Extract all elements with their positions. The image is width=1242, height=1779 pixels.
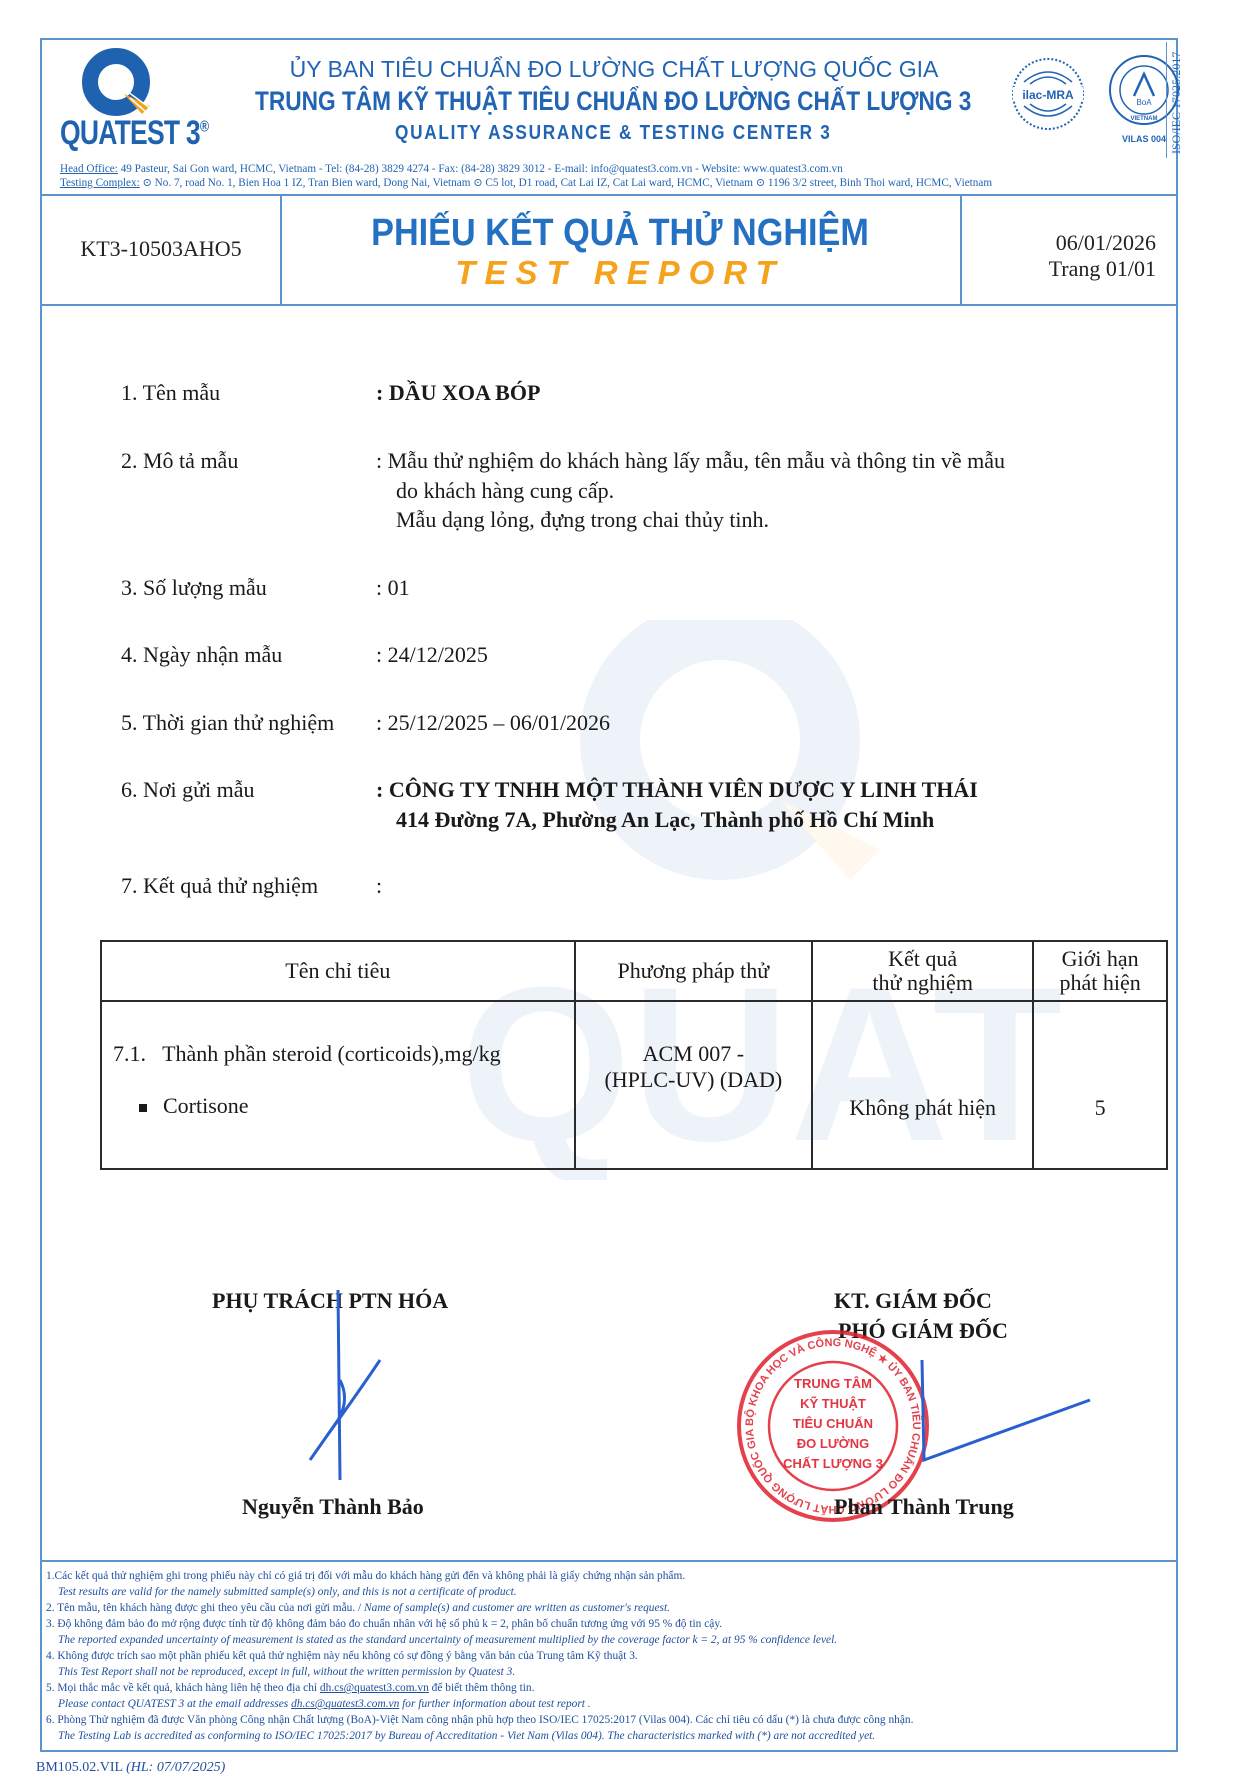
ilac-mra-icon: ilac-MRA bbox=[1010, 56, 1086, 132]
svg-text:BoA: BoA bbox=[1136, 98, 1152, 107]
report-title-en: TEST REPORT bbox=[280, 254, 960, 292]
form-code: BM105.02.VIL (HL: 07/07/2025) bbox=[36, 1760, 225, 1776]
note-1: 1.Các kết quả thử nghiệm ghi trong phiếu… bbox=[46, 1568, 1176, 1600]
footer-notes: 1.Các kết quả thử nghiệm ghi trong phiếu… bbox=[42, 1560, 1176, 1754]
title-block: KT3-10503AHO5 PHIẾU KẾT QUẢ THỬ NGHIỆM T… bbox=[42, 194, 1176, 306]
note-5: 5. Mọi thắc mắc về kết quả, khách hàng l… bbox=[46, 1680, 1176, 1712]
svg-text:VIETNAM: VIETNAM bbox=[1131, 116, 1158, 122]
left-signatory-name: Nguyễn Thành Bảo bbox=[242, 1494, 424, 1520]
note-4: 4. Không được trích sao một phần phiếu k… bbox=[46, 1648, 1176, 1680]
date-page-block: 06/01/2026 Trang 01/01 bbox=[960, 194, 1176, 304]
letterhead: QUATEST 3® ỦY BAN TIÊU CHUẨN ĐO LƯỜNG CH… bbox=[42, 40, 1176, 196]
report-title-vn: PHIẾU KẾT QUẢ THỬ NGHIỆM bbox=[314, 212, 926, 255]
org-line-3: QUALITY ASSURANCE & TESTING CENTER 3 bbox=[121, 122, 1096, 145]
head-office-text: 49 Pasteur, Sai Gon ward, HCMC, Vietnam … bbox=[121, 163, 843, 175]
right-signatory-name: Phan Thành Trung bbox=[834, 1494, 1014, 1520]
table-row: 7.1. Thành phần steroid (corticoids),mg/… bbox=[101, 1001, 1167, 1169]
col-header-lod: Giới hạnphát hiện bbox=[1033, 941, 1167, 1001]
bullet-icon bbox=[139, 1104, 147, 1112]
testing-complex-text: ⊙ No. 7, road No. 1, Bien Hoa 1 IZ, Tran… bbox=[143, 177, 993, 189]
svg-text:CHẤT LƯỢNG 3: CHẤT LƯỢNG 3 bbox=[783, 1456, 883, 1471]
iso-17025-label: ISO/IEC 17025:2017 bbox=[1166, 42, 1193, 158]
note-6: 6. Phòng Thử nghiệm đã được Văn phòng Cô… bbox=[46, 1712, 1176, 1744]
note-2: 2. Tên mẫu, tên khách hàng được ghi theo… bbox=[46, 1600, 1176, 1616]
left-signature-icon bbox=[280, 1290, 420, 1490]
svg-text:TIÊU CHUẨN: TIÊU CHUẨN bbox=[793, 1416, 873, 1431]
svg-text:ilac-MRA: ilac-MRA bbox=[1022, 88, 1074, 102]
result-cell: Không phát hiện bbox=[812, 1001, 1033, 1169]
right-signatory-title-1: KT. GIÁM ĐỐC bbox=[834, 1288, 992, 1314]
col-header-result: Kết quảthử nghiệm bbox=[812, 941, 1033, 1001]
report-date: 06/01/2026 bbox=[1056, 230, 1156, 256]
svg-text:TRUNG TÂM: TRUNG TÂM bbox=[794, 1376, 872, 1391]
sample-name-value: : DẦU XOA BÓP bbox=[376, 380, 540, 406]
analyte-name: Cortisone bbox=[163, 1093, 249, 1118]
method-cell: ACM 007 - (HPLC-UV) (DAD) bbox=[575, 1001, 812, 1169]
contact-info: Head Office: 49 Pasteur, Sai Gon ward, H… bbox=[60, 162, 992, 190]
parameter-group: 7.1. Thành phần steroid (corticoids),mg/… bbox=[113, 1041, 573, 1067]
svg-text:KỸ THUẬT: KỸ THUẬT bbox=[800, 1396, 866, 1411]
col-header-method: Phương pháp thử bbox=[575, 941, 812, 1001]
cs-email-link-en[interactable]: dh.cs@quatest3.com.vn bbox=[291, 1698, 399, 1710]
page-number: Trang 01/01 bbox=[1049, 256, 1156, 282]
note-3: 3. Độ không đảm bảo đo mở rộng được tính… bbox=[46, 1616, 1176, 1648]
results-table: Tên chỉ tiêu Phương pháp thử Kết quảthử … bbox=[100, 940, 1168, 1170]
org-line-1: ỦY BAN TIÊU CHUẨN ĐO LƯỜNG CHẤT LƯỢNG QU… bbox=[42, 56, 1176, 83]
lod-cell: 5 bbox=[1033, 1001, 1167, 1169]
right-signature-icon bbox=[900, 1360, 1100, 1480]
org-line-2: TRUNG TÂM KỸ THUẬT TIÊU CHUẨN ĐO LƯỜNG C… bbox=[133, 86, 1086, 117]
cs-email-link[interactable]: dh.cs@quatest3.com.vn bbox=[320, 1682, 429, 1694]
svg-text:ĐO LƯỜNG: ĐO LƯỜNG bbox=[797, 1436, 869, 1451]
table-header-row: Tên chỉ tiêu Phương pháp thử Kết quảthử … bbox=[101, 941, 1167, 1001]
svg-text:VILAS 004: VILAS 004 bbox=[1122, 134, 1166, 144]
report-number: KT3-10503AHO5 bbox=[42, 194, 282, 304]
parameter-cell: 7.1. Thành phần steroid (corticoids),mg/… bbox=[101, 1001, 575, 1169]
testing-complex-label: Testing Complex: bbox=[60, 177, 140, 189]
head-office-label: Head Office: bbox=[60, 163, 118, 175]
report-title: PHIẾU KẾT QUẢ THỬ NGHIỆM TEST REPORT bbox=[280, 194, 962, 304]
col-header-parameter: Tên chỉ tiêu bbox=[101, 941, 575, 1001]
